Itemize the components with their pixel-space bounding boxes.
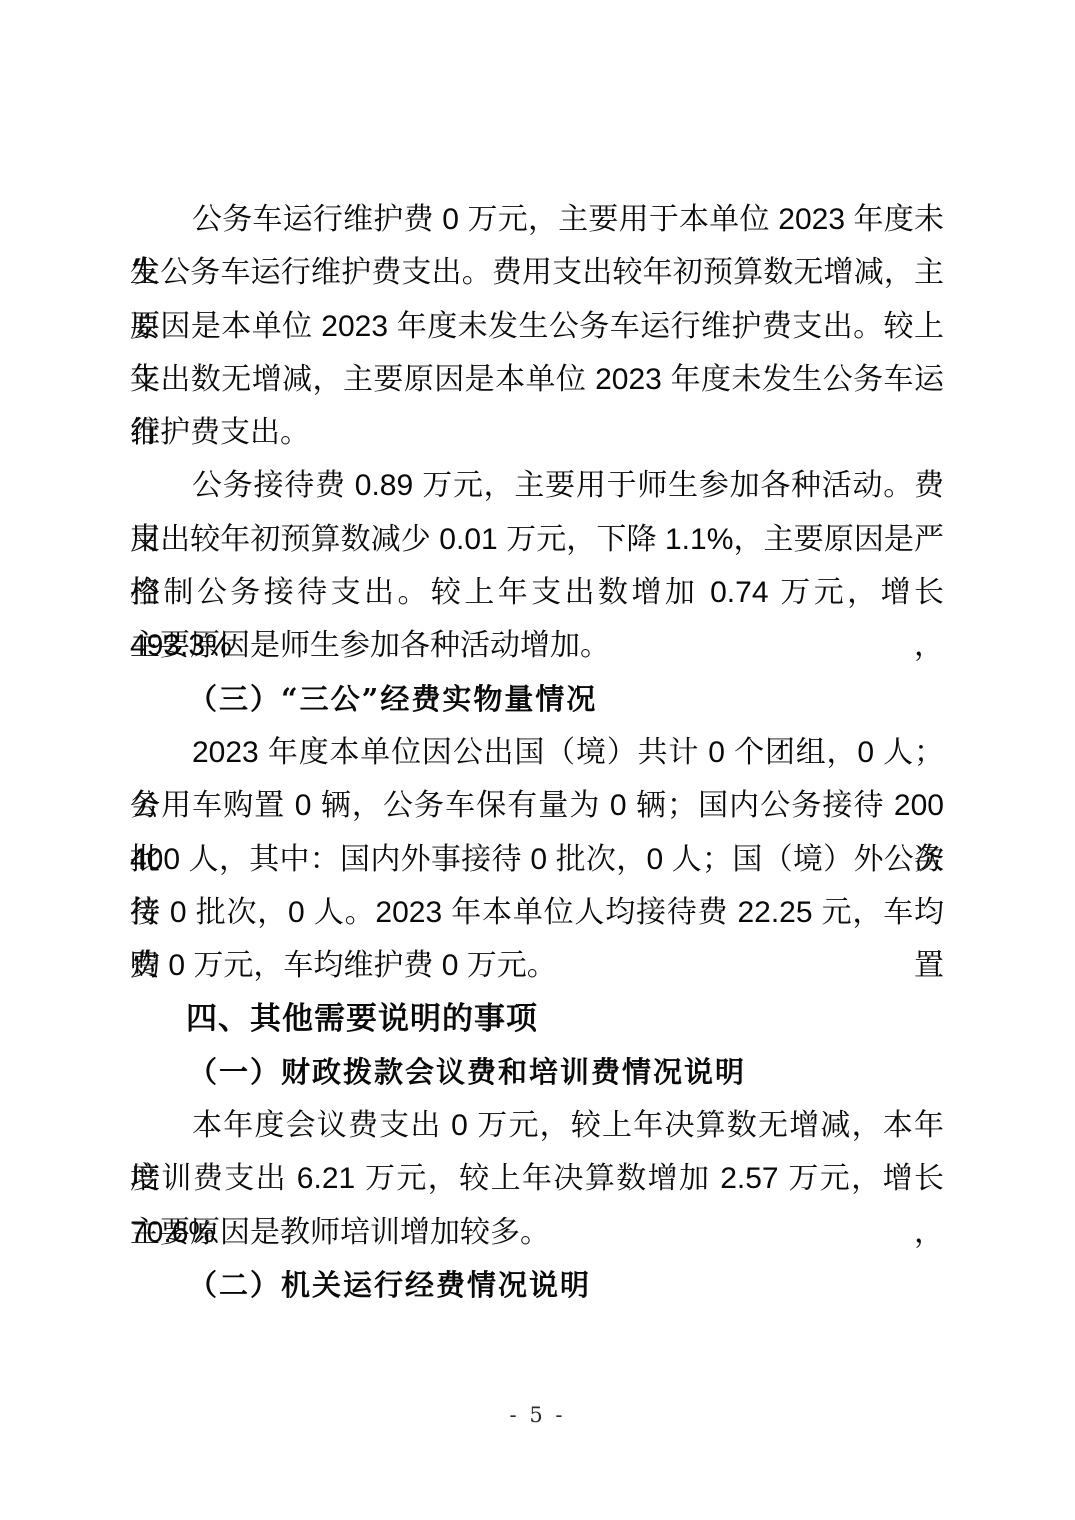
paragraph-physical-quantities: 2023 年度本单位因公出国（境）共计 0 个团组，0 人；公 务用车购置 0 …	[130, 726, 944, 992]
text-line: 务用车购置 0 辆，公务车保有量为 0 辆；国内公务接待 200 批次	[130, 779, 944, 832]
paragraph-vehicle-maintenance: 公务车运行维护费 0 万元，主要用于本单位 2023 年度未发 生公务车运行维护…	[130, 193, 944, 459]
text-line: 培训费支出 6.21 万元，较上年决算数增加 2.57 万元，增长 70.6%，	[130, 1152, 944, 1205]
section-heading-three-public-funds: （三）“三公”经费实物量情况	[130, 673, 944, 726]
text-line: 公务车运行维护费 0 万元，主要用于本单位 2023 年度未发	[130, 193, 944, 246]
text-line: 公务接待费 0.89 万元，主要用于师生参加各种活动。费用	[130, 459, 944, 512]
text-line: 支出数无增减，主要原因是本单位 2023 年度未发生公务车运行	[130, 353, 944, 406]
text-line: 待 0 批次，0 人。2023 年本单位人均接待费 22.25 元，车均购置	[130, 886, 944, 939]
text-line: 生公务车运行维护费支出。费用支出较年初预算数无增减，主要	[130, 246, 944, 299]
paragraph-meeting-training-fees: 本年度会议费支出 0 万元，较上年决算数无增减，本年度 培训费支出 6.21 万…	[130, 1099, 944, 1259]
text-line: 400 人，其中：国内外事接待 0 批次，0 人；国（境）外公务接	[130, 833, 944, 886]
text-line: 支出较年初预算数减少 0.01 万元，下降 1.1%，主要原因是严格	[130, 513, 944, 566]
text-line: 原因是本单位 2023 年度未发生公务车运行维护费支出。较上年	[130, 300, 944, 353]
page-number: - 5 -	[0, 1403, 1075, 1427]
text-line: 本年度会议费支出 0 万元，较上年决算数无增减，本年度	[130, 1099, 944, 1152]
subheading-meeting-training-fees: （一）财政拨款会议费和培训费情况说明	[130, 1046, 944, 1099]
text-line: 2023 年度本单位因公出国（境）共计 0 个团组，0 人；公	[130, 726, 944, 779]
paragraph-official-reception: 公务接待费 0.89 万元，主要用于师生参加各种活动。费用 支出较年初预算数减少…	[130, 459, 944, 672]
section-heading-four-other-matters: 四、其他需要说明的事项	[130, 992, 944, 1045]
subheading-agency-operating-expenses: （二）机关运行经费情况说明	[130, 1259, 944, 1312]
document-page: 公务车运行维护费 0 万元，主要用于本单位 2023 年度未发 生公务车运行维护…	[0, 0, 1075, 1520]
document-body: 公务车运行维护费 0 万元，主要用于本单位 2023 年度未发 生公务车运行维护…	[130, 193, 944, 1312]
text-line: 维护费支出。	[130, 406, 944, 459]
text-line: 控制公务接待支出。较上年支出数增加 0.74 万元，增长 493.3%，	[130, 566, 944, 619]
